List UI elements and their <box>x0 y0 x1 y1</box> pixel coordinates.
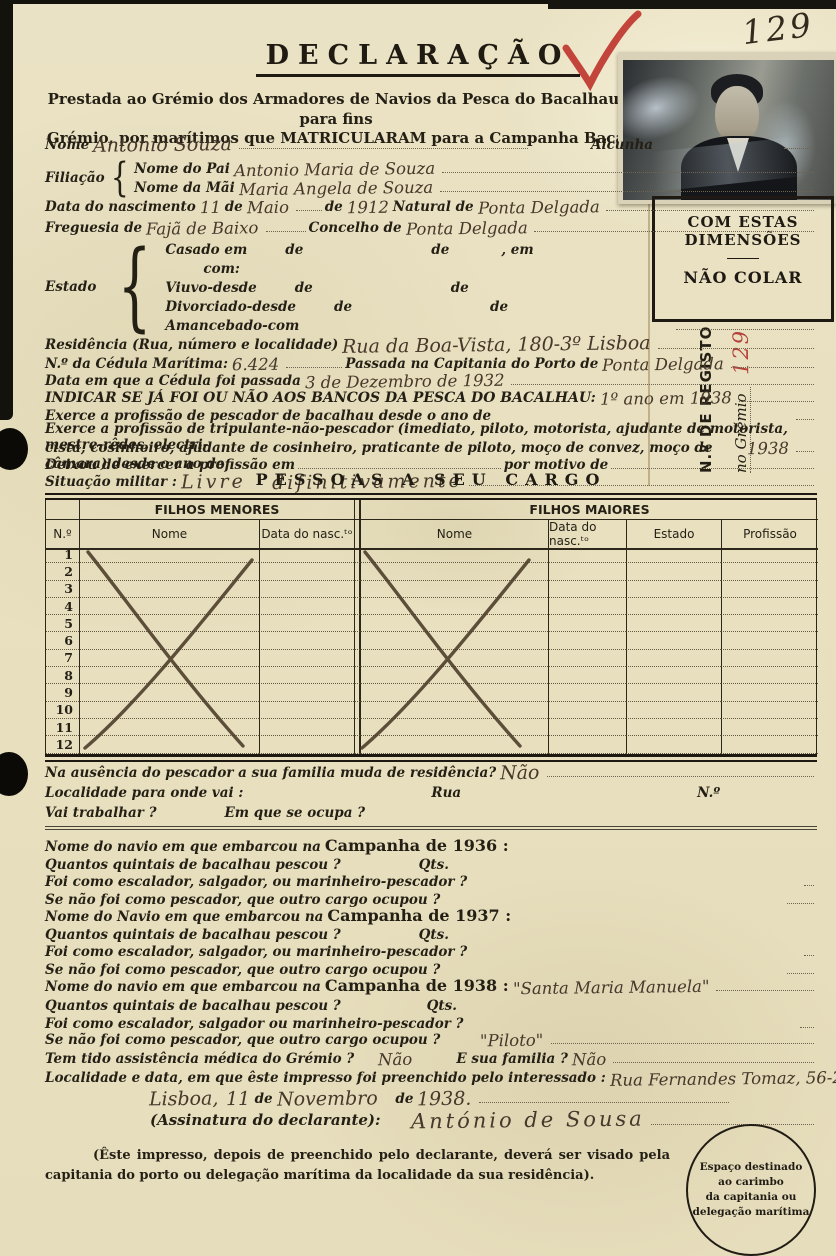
other-role-1938-value: "Piloto" <box>480 1033 544 1050</box>
birthdate-line: Data do nascimento 11 de Maio de 1912 Na… <box>45 197 817 218</box>
place-value: Rua Fernandes Tomaz, 56-2º Lisboa <box>610 1069 836 1089</box>
parents-block: Filiação { Nome do Pai Antonio Maria de … <box>45 159 817 197</box>
quintals-1937-line: Quantos quintais de bacalhau pescou ? Qt… <box>45 924 817 942</box>
other-role-1938-line: Se não foi como pescador, que outro carg… <box>45 1030 817 1049</box>
birth-day: 11 <box>200 200 221 217</box>
birth-year: 1912 <box>347 200 389 217</box>
signature-line: (Assinatura do declarante): António de S… <box>150 1108 817 1132</box>
ship-1937-line: Nome do Navio em que embarcou na Campanh… <box>45 906 817 924</box>
brace: { <box>111 162 129 194</box>
intro-line1: Prestada ao Grémio dos Armadores de Navi… <box>45 90 627 129</box>
birthplace-value: Ponta Delgada <box>478 199 600 217</box>
brace: { <box>118 248 152 325</box>
scanned-declaration-form: 129 DECLARAÇÃO Prestada ao Grémio dos Ar… <box>0 0 836 1256</box>
father-value: Antonio Maria de Souza <box>234 161 435 180</box>
port-authority-value: Ponta Delgada <box>602 356 724 374</box>
residence-line: Residência (Rua, número e localidade) Ru… <box>45 334 817 354</box>
medical-assist-value: Não <box>378 1052 412 1069</box>
parish-line: Freguesia de Fajã de Baixo Concelho de P… <box>45 218 817 239</box>
divorced-line: Divorciado-desde de de <box>165 296 817 315</box>
blank-squiggle <box>657 134 777 149</box>
cross-out-marks <box>45 546 817 754</box>
ceased-line: Deixou de exercer a profissão em por mot… <box>45 455 817 471</box>
married-line: Casado em de de , em <box>165 239 817 258</box>
county-value: Ponta Delgada <box>405 220 527 238</box>
group-major-label: FILHOS MAIORES <box>529 502 649 517</box>
mother-value: Maria Angela de Souza <box>239 180 433 199</box>
quintals-1936-line: Quantos quintais de bacalhau pescou ? Qt… <box>45 854 817 872</box>
signature-value: António de Sousa <box>410 1109 644 1133</box>
birth-month: Maio <box>247 200 289 217</box>
card-number-value: 6.424 <box>232 357 279 374</box>
cod-banks-value: 1º ano em 1938 <box>600 390 732 408</box>
destination-line: Localidade para onde vai : Rua N.º <box>45 782 817 802</box>
crew-line-2: cista, cosinheiro, ajudante de cosinheir… <box>45 438 817 455</box>
city-value: Lisboa, <box>149 1090 219 1110</box>
table-group-header: FILHOS MENORES FILHOS MAIORES <box>46 500 816 520</box>
name-value: Antonio Souza <box>93 135 232 156</box>
dependents-title: PESSOAS A SEU CARGO <box>45 470 817 489</box>
widowed-line: Viuvo-desde de de <box>165 277 817 296</box>
parish-value: Fajã de Baixo <box>146 220 259 238</box>
group-minor-label: FILHOS MENORES <box>155 502 280 517</box>
ship-1938-value: "Santa Maria Manuela" <box>513 979 710 998</box>
name-line: Nome Antonio Souza Alcunha <box>45 134 817 159</box>
medical-assist-line: Tem tido assistência médica do Grémio ? … <box>45 1049 817 1068</box>
identity-section: Nome Antonio Souza Alcunha Filiação { No… <box>45 134 817 491</box>
other-role-1937-line: Se não foi como pescador, que outro carg… <box>45 959 817 977</box>
table-column-header: N.º Nome Data do nasc.ᵗᵒ Nome Data do na… <box>46 520 816 546</box>
quintals-1938-line: Quantos quintais de bacalhau pescou ? Qt… <box>45 995 817 1013</box>
father-line: Nome do Pai Antonio Maria de Souza <box>134 159 817 178</box>
ship-1936-line: Nome do navio em que embarcou na Campanh… <box>45 836 817 854</box>
stamp-area: Espaço destinado ao carimbo da capitania… <box>686 1124 816 1256</box>
concubine-line: Amancebado-com <box>165 315 817 334</box>
work-line: Vai trabalhar ? Em que se ocupa ? <box>45 802 817 822</box>
signature-section: (Assinatura do declarante): António de S… <box>150 1108 817 1132</box>
crew-line-1: Exerce a profissão de tripulante-não-pes… <box>45 421 817 438</box>
role-1938-line: Foi como escalador, salgador ou marinhei… <box>45 1013 817 1031</box>
date-line: Lisboa, 11 de Novembro de 1938. <box>45 1088 817 1108</box>
role-1936-line: Foi como escalador, salgador, ou marinhe… <box>45 871 817 889</box>
family-move-line: Na ausência do pescador a sua familia mu… <box>45 762 817 782</box>
family-assist-value: Não <box>572 1052 606 1069</box>
thin-double-rule <box>45 826 817 830</box>
ship-1938-line: Nome do navio em que embarcou na Campanh… <box>45 976 817 995</box>
residence-value: Rua da Boa-Vista, 180-3º Lisboa <box>342 334 651 357</box>
family-move-value: Não <box>500 764 540 783</box>
married-to-line: com: <box>165 258 817 277</box>
role-1937-line: Foi como escalador, salgador, ou marinhe… <box>45 941 817 959</box>
mother-line: Nome da Mãi Maria Angela de Souza <box>134 178 817 197</box>
marital-status-block: Estado { Casado em de de , em com: Viu <box>45 239 817 334</box>
place-date-line: Localidade e data, em que êste impresso … <box>45 1068 817 1088</box>
crew-since-value: 1938 <box>747 441 789 458</box>
footer-note: (Êste impresso, depois de preenchido pel… <box>45 1146 670 1185</box>
family-residence-section: Na ausência do pescador a sua familia mu… <box>45 762 817 822</box>
card-date-line: Data em que a Cédula foi passada 3 de De… <box>45 371 817 388</box>
heavy-rule <box>45 754 817 762</box>
other-role-1936-line: Se não foi como pescador, que outro carg… <box>45 889 817 907</box>
day-value: 11 <box>226 1090 250 1109</box>
year-value: 1938. <box>417 1090 472 1110</box>
card-date-value: 3 de Dezembro de 1932 <box>305 373 505 392</box>
campaigns-section: Nome do navio em que embarcou na Campanh… <box>45 836 817 1108</box>
heavy-rule <box>45 493 817 500</box>
month-value: Novembro <box>277 1089 378 1109</box>
